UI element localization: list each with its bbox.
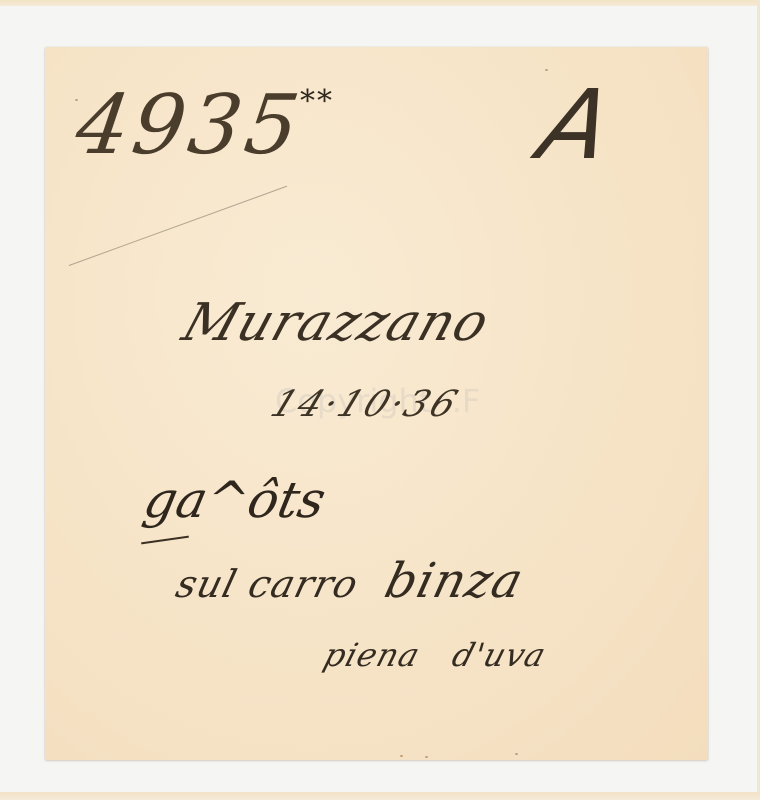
place-name: Murazzano <box>177 297 496 349</box>
phrase-part: binza <box>379 553 529 609</box>
series-letter: A <box>531 77 621 173</box>
date: 14·10·36 <box>266 387 465 423</box>
catalog-marks: ** <box>300 87 334 117</box>
catalog-number: 4935 <box>71 85 307 167</box>
phrase-line-2: pienad'uva <box>320 639 550 671</box>
catalog-card: 4935 ** A Murazzano Copyright ..F 14·10·… <box>45 47 708 760</box>
backing-edge-top <box>0 0 760 6</box>
phrase-line-1: sul carrobinza <box>172 557 528 605</box>
backing-edge-bottom <box>0 792 760 800</box>
underline-stroke <box>141 536 189 545</box>
phrase-part: piena <box>320 636 425 674</box>
phrase-part: sul carro <box>172 562 363 606</box>
dialect-word: ga^ôts <box>140 475 330 525</box>
phrase-part: d'uva <box>448 636 551 674</box>
pencil-stroke <box>69 186 287 266</box>
